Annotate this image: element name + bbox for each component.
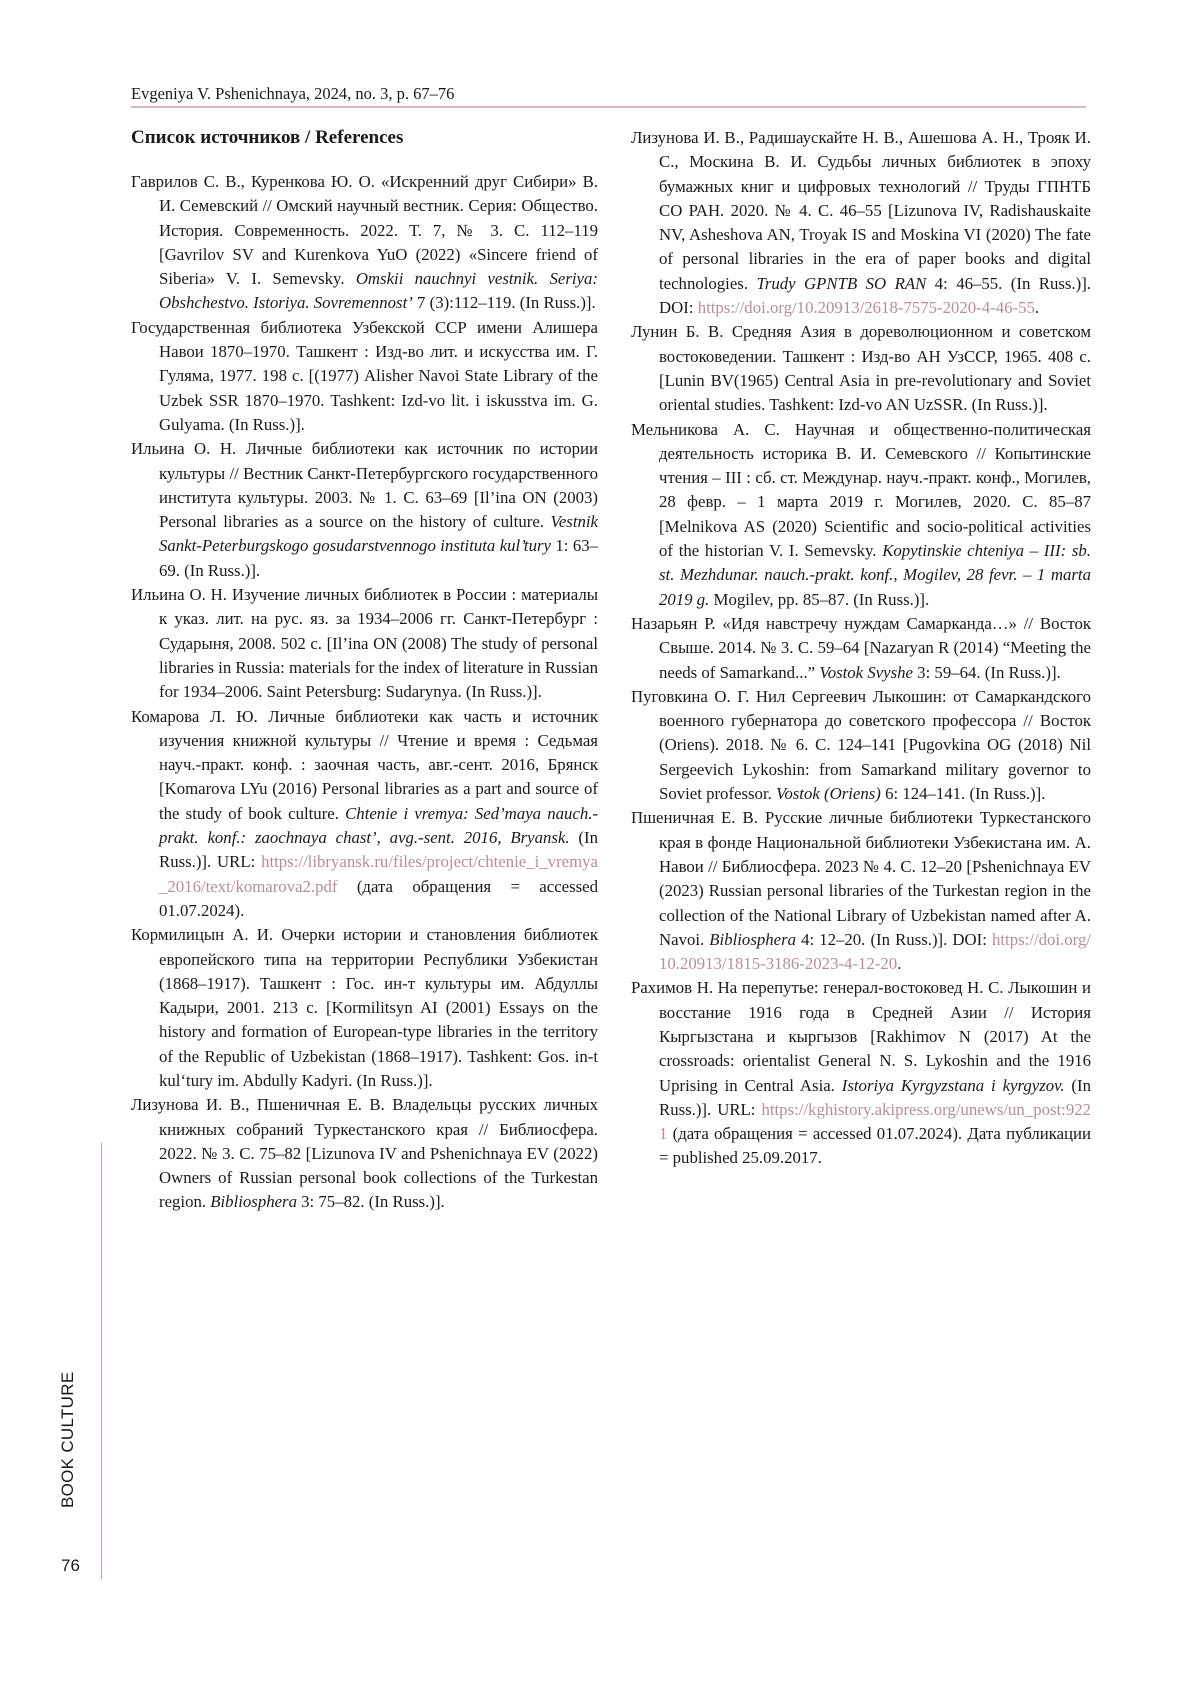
reference-source-title: Bibliosphera [210,1192,297,1211]
reference-entry: Комарова Л. Ю. Личные библиотеки как час… [131,705,598,924]
running-head: Evgeniya V. Pshenichnaya, 2024, no. 3, p… [131,84,454,104]
section-title: Список источников / References [131,126,598,150]
reference-text: Лунин Б. В. Средняя Азия в дореволюционн… [631,322,1091,414]
sidebar-rule [101,1143,102,1579]
header-rule [131,106,1086,108]
reference-list-left: Гаврилов С. В., Куренкова Ю. О. «Искренн… [131,170,598,1215]
reference-text: 7 (3):112–119. (In Russ.)]. [413,293,596,312]
reference-entry: Ильина О. Н. Изучение личных библиотек в… [131,583,598,704]
reference-entry: Гаврилов С. В., Куренкова Ю. О. «Искренн… [131,170,598,316]
reference-entry: Назарьян Р. «Идя навстречу нуждам Самарк… [631,612,1091,685]
reference-text: . [1035,298,1039,317]
references-column-right: Лизунова И. В., Радишаускайте Н. В., Аше… [631,126,1091,1171]
reference-entry: Государственная библиотека Узбекской ССР… [131,316,598,437]
reference-source-title: Trudy GPNTB SO RAN [756,274,926,293]
reference-text: Пшеничная Е. В. Русские личные библиотек… [631,808,1091,948]
references-column-left: Список источников / References Гаврилов … [131,126,598,1215]
reference-source-title: Istoriya Kyrgyzstana i kyrgyzov. [842,1076,1065,1095]
reference-text: 3: 59–64. (In Russ.)]. [913,663,1061,682]
reference-text: 3: 75–82. (In Russ.)]. [297,1192,445,1211]
reference-text: Mogilev, pp. 85–87. (In Russ.)]. [709,590,929,609]
reference-entry: Пуговкина О. Г. Нил Сергеевич Лыкошин: о… [631,685,1091,806]
reference-entry: Кормилицын А. И. Очерки истории и станов… [131,923,598,1093]
reference-text: Мельникова А. С. Научная и общественно-п… [631,420,1091,560]
reference-entry: Рахимов Н. На перепутье: генерал-востоко… [631,976,1091,1170]
reference-text: Лизунова И. В., Радишаускайте Н. В., Аше… [631,128,1091,293]
journal-section-label: BOOK CULTURE [58,1372,78,1508]
reference-entry: Лизунова И. В., Пшеничная Е. В. Владельц… [131,1093,598,1214]
reference-link[interactable]: https://doi.org/10.20913/2618-7575-2020-… [698,298,1035,317]
reference-text: Ильина О. Н. Личные библиотеки как источ… [131,439,598,531]
reference-text: . [897,954,901,973]
reference-entry: Мельникова А. С. Научная и общественно-п… [631,418,1091,612]
reference-source-title: Bibliosphera [709,930,796,949]
reference-source-title: Vostok (Oriens) [776,784,881,803]
reference-text: Кормилицын А. И. Очерки истории и станов… [131,925,598,1090]
reference-list-right: Лизунова И. В., Радишаускайте Н. В., Аше… [631,126,1091,1171]
reference-source-title: Vostok Svyshe [819,663,913,682]
reference-entry: Лизунова И. В., Радишаускайте Н. В., Аше… [631,126,1091,320]
reference-text: 6: 124–141. (In Russ.)]. [881,784,1046,803]
reference-text: Ильина О. Н. Изучение личных библиотек в… [131,585,598,701]
reference-text: 4: 12–20. (In Russ.)]. DOI: [796,930,992,949]
reference-entry: Ильина О. Н. Личные библиотеки как источ… [131,437,598,583]
page-number: 76 [61,1556,80,1576]
reference-text: Государственная библиотека Узбекской ССР… [131,318,598,434]
reference-text: (дата обращения = accessed 01.07.2024). … [659,1124,1091,1167]
reference-entry: Пшеничная Е. В. Русские личные библиотек… [631,806,1091,976]
reference-entry: Лунин Б. В. Средняя Азия в дореволюционн… [631,320,1091,417]
